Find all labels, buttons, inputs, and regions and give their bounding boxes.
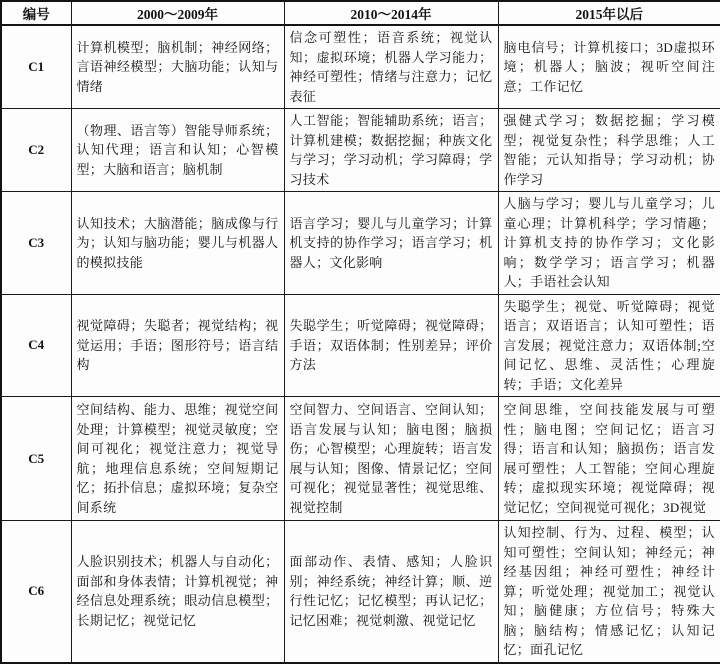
row-id: C5 [1,397,71,521]
cell-c3-period2: 语言学习；婴儿与儿童学习；计算机支持的协作学习；语言学习；机器人；文化影响 [284,192,498,295]
cell-c3-period3: 人脑与学习；婴儿与儿童学习；儿童心理；计算机科学；学习情趣；计算机支持的协作学习… [498,192,720,295]
table-row-c1: C1 计算机模型；脑机制；神经网络；言语神经模型；大脑功能；认知与情绪 信念可塑… [1,25,720,109]
cell-c5-period2: 空间智力、空间语言、空间认知；语言发展与认知；脑电图；脑损伤；心智模型；心理旋转… [284,397,498,521]
header-period-2010-2014: 2010～2014年 [284,1,498,25]
table-row-c4: C4 视觉障碍；失聪者；视觉结构；视觉运用；手语；图形符号；语言结构 失聪学生；… [1,294,720,397]
row-id: C1 [1,25,71,109]
cell-c2-period3: 强健式学习；数据挖掘；学习模型；视觉复杂性；科学思维；人工智能；元认知指导；学习… [498,109,720,192]
table-row-c6: C6 人脸识别技术；机器人与自动化；面部和身体表情；计算机视觉；神经信息处理系统… [1,521,720,663]
cell-c6-period3: 认知控制、行为、过程、模型；认知可塑性；空间认知；神经元；神经基因组；神经可塑性… [498,521,720,663]
row-id: C6 [1,521,71,663]
row-id: C4 [1,294,71,397]
cell-c2-period1: （物理、语言等）智能导师系统；认知代理；语言和认知；心智模型；大脑和语言；脑机制 [71,109,284,192]
cell-c1-period1: 计算机模型；脑机制；神经网络；言语神经模型；大脑功能；认知与情绪 [71,25,284,109]
header-period-2015-after: 2015年以后 [498,1,720,25]
header-id: 编号 [1,1,71,25]
cell-c3-period1: 认知技术；大脑潜能；脑成像与行为；认知与脑功能；婴儿与机器人的模拟技能 [71,192,284,295]
cell-c5-period1: 空间结构、能力、思维；视觉空间处理；计算模型；视觉灵敏度；空间可视化；视觉注意力… [71,397,284,521]
cell-c1-period3: 脑电信号；计算机接口；3D虚拟环境；机器人；脑波；视听空间注意；工作记忆 [498,25,720,109]
cell-c1-period2: 信念可塑性；语音系统；视觉认知；虚拟环境；机器人学习能力；神经可塑性；情绪与注意… [284,25,498,109]
table-row-c3: C3 认知技术；大脑潜能；脑成像与行为；认知与脑功能；婴儿与机器人的模拟技能 语… [1,192,720,295]
cell-c4-period3: 失聪学生；视觉、听觉障碍；视觉语言；双语语言；认知可塑性；语言发展；视觉注意力；… [498,294,720,397]
table-row-c5: C5 空间结构、能力、思维；视觉空间处理；计算模型；视觉灵敏度；空间可视化；视觉… [1,397,720,521]
cell-c5-period3: 空间思维，空间技能发展与可塑性；脑电图；空间记忆；语言习得；语言和认知；脑损伤；… [498,397,720,521]
cell-c4-period2: 失聪学生；听觉障碍；视觉障碍；手语；双语体制；性别差异；评价方法 [284,294,498,397]
row-id: C2 [1,109,71,192]
header-row: 编号 2000～2009年 2010～2014年 2015年以后 [1,1,720,25]
cell-c2-period2: 人工智能；智能辅助系统；语言；计算机建模；数据挖掘；种族文化与学习；学习动机；学… [284,109,498,192]
research-topics-table: 编号 2000～2009年 2010～2014年 2015年以后 C1 计算机模… [0,0,720,664]
table-row-c2: C2 （物理、语言等）智能导师系统；认知代理；语言和认知；心智模型；大脑和语言；… [1,109,720,192]
cell-c6-period1: 人脸识别技术；机器人与自动化；面部和身体表情；计算机视觉；神经信息处理系统；眼动… [71,521,284,663]
row-id: C3 [1,192,71,295]
cell-c6-period2: 面部动作、表情、感知；人脸识别；神经系统；神经计算；顺、逆行性记忆；记忆模型；再… [284,521,498,663]
header-period-2000-2009: 2000～2009年 [71,1,284,25]
cell-c4-period1: 视觉障碍；失聪者；视觉结构；视觉运用；手语；图形符号；语言结构 [71,294,284,397]
